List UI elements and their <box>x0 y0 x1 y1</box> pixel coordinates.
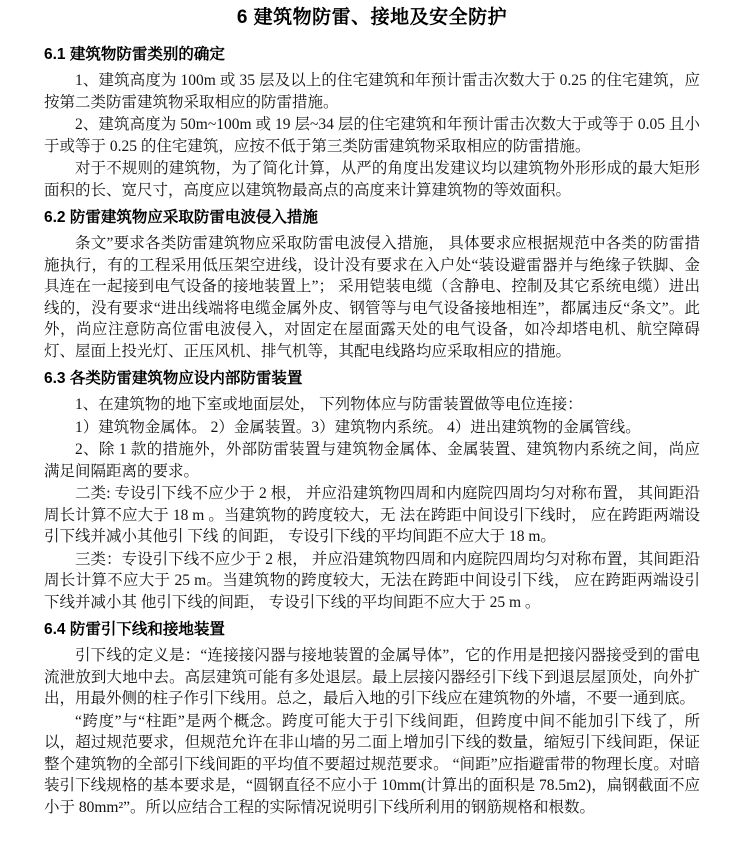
paragraph: 对于不规则的建筑物，为了简化计算，从严的角度出发建议均以建筑物外形形成的最大矩形… <box>44 158 700 201</box>
section-6-4-heading: 6.4 防雷引下线和接地装置 <box>44 619 700 641</box>
paragraph: “跨度”与“柱距”是两个概念。跨度可能大于引下线间距，但跨度中间不能加引下线了，… <box>44 711 700 819</box>
paragraph: 引下线的定义是：“连接接闪器与接地装置的金属导体”，它的作用是把接闪器接受到的雷… <box>44 645 700 710</box>
section-6-2-heading: 6.2 防雷建筑物应采取防雷电波侵入措施 <box>44 207 700 229</box>
paragraph: 二类: 专设引下线不应少于 2 根， 并应沿建筑物四周和内庭院四周均匀对称布置，… <box>44 483 700 548</box>
paragraph: 条文”要求各类防雷建筑物应采取防雷电波侵入措施， 具体要求应根据规范中各类的防雷… <box>44 233 700 362</box>
numbered-list-line: 1）建筑物金属体。 2）金属装置。3）建筑物内系统。 4）进出建筑物的金属管线。 <box>44 417 700 439</box>
paragraph: 2、除 1 款的措施外，外部防雷装置与建筑物金属体、金属装置、建筑物内系统之间，… <box>44 439 700 482</box>
section-6-3: 6.3 各类防雷建筑物应设内部防雷装置 1、在建筑物的地下室或地面层处， 下列物… <box>44 368 700 613</box>
page-title: 6 建筑物防雷、接地及安全防护 <box>44 5 700 31</box>
section-6-2: 6.2 防雷建筑物应采取防雷电波侵入措施 条文”要求各类防雷建筑物应采取防雷电波… <box>44 207 700 362</box>
section-6-4: 6.4 防雷引下线和接地装置 引下线的定义是：“连接接闪器与接地装置的金属导体”… <box>44 619 700 818</box>
section-6-1-heading: 6.1 建筑物防雷类别的确定 <box>44 44 700 66</box>
section-6-3-heading: 6.3 各类防雷建筑物应设内部防雷装置 <box>44 368 700 390</box>
paragraph: 1、建筑高度为 100m 或 35 层及以上的住宅建筑和年预计雷击次数大于 0.… <box>44 70 700 113</box>
section-6-1: 6.1 建筑物防雷类别的确定 1、建筑高度为 100m 或 35 层及以上的住宅… <box>44 44 700 201</box>
document-page: 6 建筑物防雷、接地及安全防护 6.1 建筑物防雷类别的确定 1、建筑高度为 1… <box>0 0 742 852</box>
paragraph: 1、在建筑物的地下室或地面层处， 下列物体应与防雷装置做等电位连接： <box>44 394 700 416</box>
paragraph: 2、建筑高度为 50m~100m 或 19 层~34 层的住宅建筑和年预计雷击次… <box>44 114 700 157</box>
paragraph: 三类：专设引下线不应少于 2 根， 并应沿建筑物四周和内庭院四周均匀对称布置，其… <box>44 549 700 614</box>
